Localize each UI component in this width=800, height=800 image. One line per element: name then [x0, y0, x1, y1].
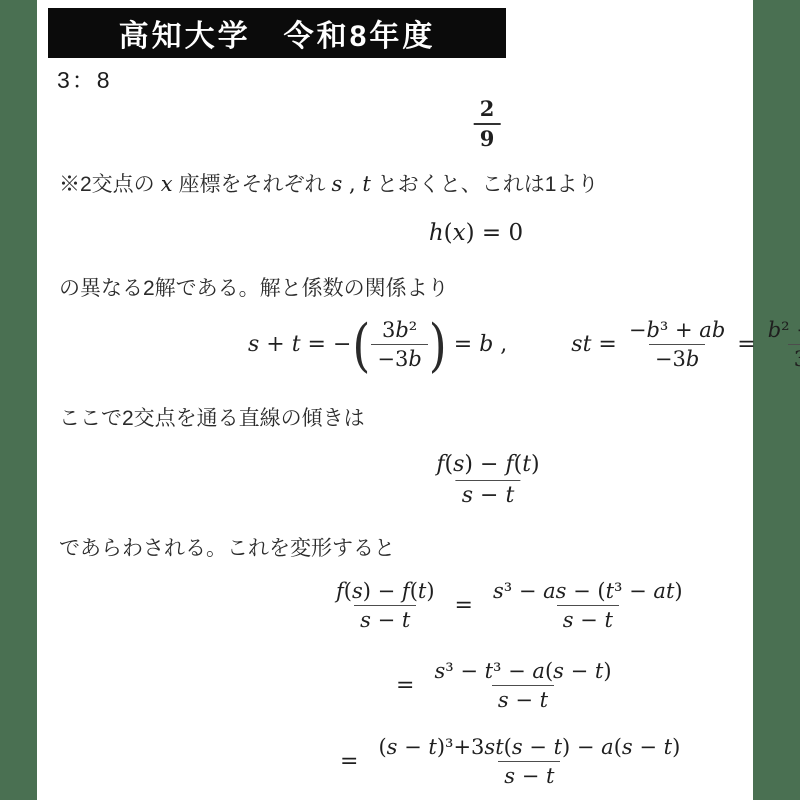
- product-fraction1-denominator: −3b: [649, 344, 705, 373]
- math-vars-st: s , t: [332, 172, 371, 196]
- ratio-answer: 3：8: [57, 62, 112, 95]
- answer-fraction: 2 9: [474, 95, 501, 154]
- product-fraction-2: b² − a 3: [762, 316, 800, 374]
- product-fraction2-numerator: b² − a: [762, 316, 800, 344]
- document-stage: 高知大学 令和8年度 3：8 2 9 ※2交点のx座標をそれぞれs , tとおく…: [0, 0, 800, 800]
- equals-sign: =: [340, 749, 358, 774]
- deriv2-denominator: s − t: [492, 685, 554, 714]
- deriv3-denominator: s − t: [498, 761, 560, 790]
- deriv3-fraction: (s − t)³+3st(s − t) − a(s − t) s − t: [372, 733, 686, 791]
- sum-fraction-numerator: 3b²: [376, 316, 423, 344]
- equation-product: st = −b³ + ab −3b = b² − a 3: [565, 316, 800, 374]
- deriv1-left-denominator: s − t: [354, 605, 416, 634]
- deriv3-numerator: (s − t)³+3st(s − t) − a(s − t): [372, 733, 686, 761]
- product-fraction1-numerator: −b³ + ab: [623, 316, 731, 344]
- math-var-x: x: [161, 172, 173, 196]
- sum-rhs: = b ,: [454, 332, 508, 357]
- paragraph-transform: であらわされる。これを変形すると: [59, 532, 395, 562]
- left-paren: (: [351, 316, 371, 374]
- equals-sign: =: [396, 673, 414, 698]
- paragraph-text: ※2交点の: [59, 173, 155, 196]
- paragraph-intersections: ※2交点のx座標をそれぞれs , tとおくと、これは1より: [59, 168, 598, 198]
- product-fraction-1: −b³ + ab −3b: [623, 316, 731, 374]
- paragraph-text: 座標をそれぞれ: [179, 173, 326, 196]
- derivation-line-1: f(s) − f(t) s − t = s³ − as − (t³ − at) …: [330, 577, 689, 635]
- paragraph-two-roots: の異なる2解である。解と係数の関係より: [59, 272, 449, 302]
- derivation-line-3: = (s − t)³+3st(s − t) − a(s − t) s − t: [340, 733, 686, 791]
- right-paren: ): [428, 316, 448, 374]
- product-fraction2-denominator: 3: [788, 344, 800, 373]
- sum-lhs: s + t = −: [248, 332, 351, 357]
- answer-fraction-denominator: 9: [474, 123, 501, 153]
- product-lhs: st =: [571, 332, 617, 357]
- answer-fraction-numerator: 2: [474, 95, 501, 123]
- derivation-line-2: = s³ − t³ − a(s − t) s − t: [396, 657, 618, 715]
- deriv1-left-fraction: f(s) − f(t) s − t: [330, 577, 441, 635]
- equation-vieta-row: s + t = − ( 3b² −3b ) = b , st = −b³ + a…: [248, 316, 800, 374]
- slope-fraction: f(s) − f(t) s − t: [430, 450, 545, 510]
- deriv1-right-denominator: s − t: [557, 605, 619, 634]
- equation-sum: s + t = − ( 3b² −3b ) = b ,: [248, 316, 513, 374]
- page-title: 高知大学 令和8年度: [119, 11, 436, 55]
- deriv1-left-numerator: f(s) − f(t): [330, 577, 441, 605]
- paragraph-slope: ここで2交点を通る直線の傾きは: [59, 402, 365, 432]
- slope-fraction-denominator: s − t: [456, 480, 521, 511]
- equals-sign: =: [455, 593, 473, 618]
- deriv1-right-numerator: s³ − as − (t³ − at): [487, 577, 689, 605]
- sum-fraction-denominator: −3b: [371, 344, 427, 373]
- equation-hx-zero: h(x) = 0: [429, 220, 523, 246]
- deriv2-fraction: s³ − t³ − a(s − t) s − t: [428, 657, 617, 715]
- deriv2-numerator: s³ − t³ − a(s − t): [428, 657, 617, 685]
- title-banner: 高知大学 令和8年度: [48, 8, 506, 58]
- equals-sign: =: [737, 332, 755, 357]
- sum-fraction: 3b² −3b: [371, 316, 427, 374]
- paragraph-text: とおくと、これは1より: [377, 173, 599, 196]
- deriv1-right-fraction: s³ − as − (t³ − at) s − t: [487, 577, 689, 635]
- paper-page: [37, 0, 753, 800]
- slope-fraction-numerator: f(s) − f(t): [430, 450, 545, 480]
